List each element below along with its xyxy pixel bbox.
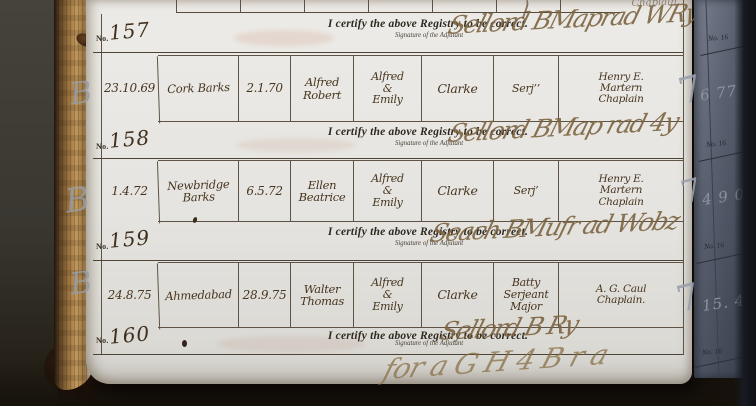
ink-spot [182,340,187,347]
birth-date-cell: 1.4.72 [101,160,158,222]
margin-pencil-mark: B [68,75,95,113]
rank-cell: Serj’’ [493,55,558,122]
page-stain [236,138,356,152]
table-line [176,0,177,13]
certify-strip-157: No. 157 I certify the above Registry to … [93,14,683,53]
registry-photo-scene: Chaplain. No. 157 I certify the above Re… [0,0,756,406]
baptism-date-cell: 28.9.75 [238,262,290,328]
entry-number: 157 [108,17,151,44]
baptism-date-cell: 6.5.72 [238,160,290,222]
margin-pencil-mark: B [68,265,95,303]
birth-date-cell: 23.10.69 [101,55,158,122]
page-stain [234,30,334,46]
entry-number: 158 [108,125,151,152]
registry-page: Chaplain. No. 157 I certify the above Re… [86,0,692,384]
place-cell: Ahmedabad [157,261,239,330]
no-label: No. [96,34,109,43]
parents-cell: Alfred & Emily [353,262,421,328]
certify-strip-159: No. 159 I certify the above Registry to … [93,222,683,261]
surname-cell: Clarke [421,160,493,222]
parents-cell: Alfred & Emily [353,55,421,122]
no-label: No. [96,336,109,345]
entry-number: 159 [108,225,151,252]
parents-cell: Alfred & Emily [353,160,421,222]
surname-cell: Clarke [421,55,493,122]
margin-pencil-mark: B [62,179,91,221]
place-cell: Newbridge Barks [157,159,239,224]
right-edge-shadow-band [734,0,756,406]
background-left [0,0,58,406]
child-name-cell: Ellen Beatrice [290,160,353,222]
table-line [368,0,369,13]
certify-strip-158: No. 158 I certify the above Registry to … [93,122,683,159]
baptism-date-cell: 2.1.70 [238,55,290,122]
table-line [304,0,305,13]
birth-date-cell: 24.8.75 [101,262,158,328]
page-stain [216,336,366,352]
child-name-cell: Alfred Robert [290,55,353,122]
table-line [432,0,433,13]
entry-number: 160 [108,321,151,348]
no-label: No. [96,142,109,151]
place-cell: Cork Barks [157,54,239,124]
no-label: No. [96,242,109,251]
child-name-cell: Walter Thomas [290,262,353,328]
table-line [240,0,241,13]
